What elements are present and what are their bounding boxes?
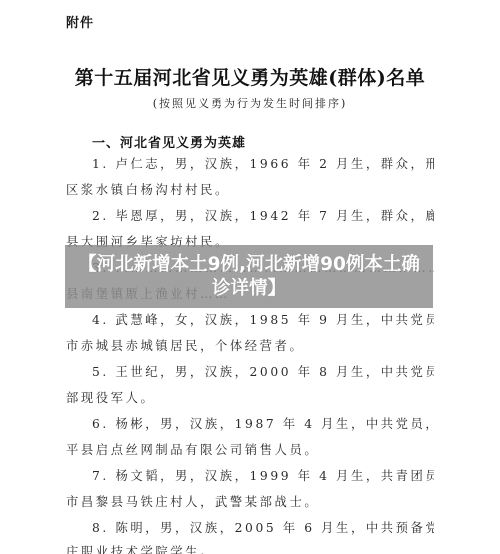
list-item-7-line-2: 市昌黎县马铁庄村人，武警某部战士。 xyxy=(66,494,434,510)
list-item-8-line-2: 庄职业技术学院学生。 xyxy=(66,544,434,554)
document-title: 第十五届河北省见义勇为英雄(群体)名单 xyxy=(0,63,500,90)
list-item-2-line-1: 2. 毕恩厚，男，汉族，1942 年 7 月生，群众，廊坊市文安 xyxy=(66,208,434,224)
list-item-6-line-2: 平县启点丝网制品有限公司销售人员。 xyxy=(66,442,434,458)
list-item-5-line-2: 部现役军人。 xyxy=(66,390,434,406)
list-item-1-line-1: 1. 卢仁志，男，汉族，1966 年 2 月生，群众，邢台市信都 xyxy=(66,156,434,172)
list-item-1-line-2: 区浆水镇白杨沟村村民。 xyxy=(66,182,434,198)
attachment-label: 附件 xyxy=(66,12,94,31)
list-item-7-line-1: 7. 杨文韬，男，汉族，1999 年 4 月生，共青团员，秦皇岛 xyxy=(66,468,434,484)
list-item-4-line-1: 4. 武慧峰，女，汉族，1985 年 9 月生，中共党员，张家口 xyxy=(66,312,434,328)
headline-text[interactable]: 【河北新增本土9例,河北新增90例本土确诊详情】 xyxy=(74,253,424,301)
list-item-8-line-1: 8. 陈明，男，汉族，2005 年 6 月生，中共预备党员，石家 xyxy=(66,520,434,536)
headline-overlay-banner[interactable]: 【河北新增本土9例,河北新增90例本土确诊详情】 xyxy=(65,245,433,308)
document-subtitle: (按照见义勇为行为发生时间排序) xyxy=(0,95,500,111)
list-item-6-line-1: 6. 杨彬，男，汉族，1987 年 4 月生，中共党员，衡水市安 xyxy=(66,416,434,432)
section-heading: 一、河北省见义勇为英雄 xyxy=(92,132,246,151)
list-item-4-line-2: 市赤城县赤城镇居民，个体经营者。 xyxy=(66,338,434,354)
list-item-5-line-1: 5. 王世纪，男，汉族，2000 年 8 月生，中共党员，海军某 xyxy=(66,364,434,380)
